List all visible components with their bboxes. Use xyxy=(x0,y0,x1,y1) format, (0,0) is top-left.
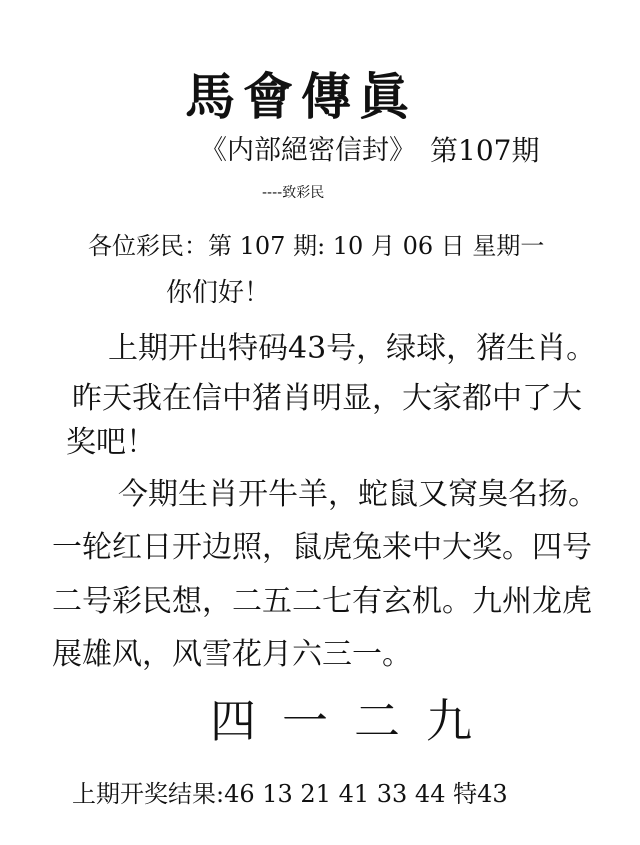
dedication: ----致彩民 xyxy=(262,186,324,200)
body-line: 一轮红日开边照，鼠虎兔来中大奖。四号 xyxy=(52,533,592,563)
document-subtitle: 《内部絕密信封》 xyxy=(200,137,416,164)
body-line: 今期生肖开牛羊，蛇鼠又窝臭名扬。 xyxy=(118,480,598,510)
last-result: 上期开奖结果:46 13 21 41 33 44 特43 xyxy=(72,782,508,806)
body-line: 二号彩民想，二五二七有玄机。九州龙虎 xyxy=(52,587,592,617)
body-line: 昨天我在信中猪肖明显，大家都中了大 xyxy=(72,384,582,414)
greeting-line: 各位彩民：第 107 期: 10 月 06 日 星期一 xyxy=(88,234,544,258)
greeting-hello: 你们好！ xyxy=(166,280,270,306)
prediction-numbers: 四一二九 xyxy=(210,698,498,744)
document-title: 馬會傳眞 xyxy=(185,72,417,122)
last-result-numbers: 46 13 21 41 33 44 特43 xyxy=(224,780,508,808)
issue-number: 第107期 xyxy=(430,137,539,165)
last-result-label: 上期开奖结果: xyxy=(72,780,224,808)
body-line: 上期开出特码43号，绿球，猪生肖。 xyxy=(108,334,596,364)
body-line: 奖吧！ xyxy=(66,428,156,458)
body-line: 展雄风，风雪花月六三一。 xyxy=(52,640,412,670)
